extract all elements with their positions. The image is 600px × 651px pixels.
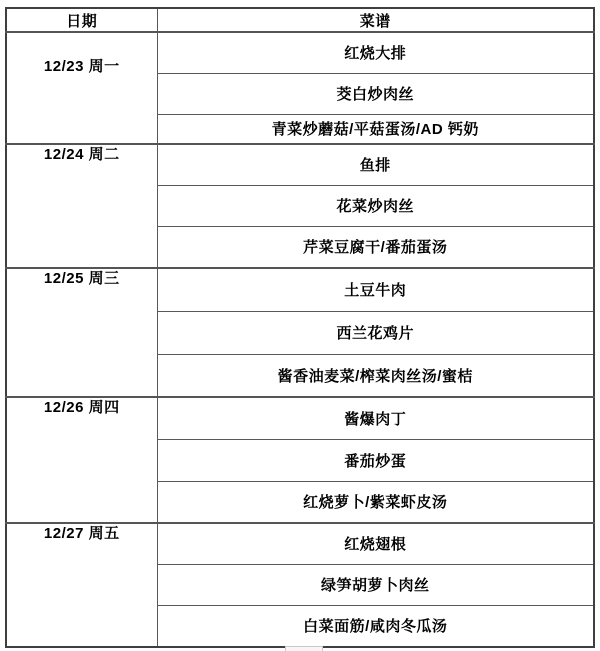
date-cell-wednesday: 12/25 周三 — [6, 268, 157, 397]
dish-cell: 绿笋胡萝卜肉丝 — [157, 564, 594, 605]
header-row: 日期 菜谱 — [6, 8, 594, 32]
dish-cell: 茭白炒肉丝 — [157, 73, 594, 114]
dish-cell: 鱼排 — [157, 144, 594, 185]
dish-cell: 白菜面筋/咸肉冬瓜汤 — [157, 605, 594, 647]
dish-cell: 红烧大排 — [157, 32, 594, 73]
table-row: 12/25 周三 土豆牛肉 — [6, 268, 594, 311]
date-cell-tuesday: 12/24 周二 — [6, 144, 157, 268]
table-row: 12/27 周五 红烧翅根 — [6, 523, 594, 564]
dish-cell: 西兰花鸡片 — [157, 311, 594, 354]
table-row: 12/23 周一 红烧大排 — [6, 32, 594, 73]
table-row: 12/24 周二 鱼排 — [6, 144, 594, 185]
date-cell-monday: 12/23 周一 — [6, 32, 157, 144]
dish-cell: 青菜炒蘑菇/平菇蛋汤/AD 钙奶 — [157, 114, 594, 144]
date-cell-thursday: 12/26 周四 — [6, 397, 157, 523]
date-column-header: 日期 — [6, 8, 157, 32]
dish-cell: 红烧翅根 — [157, 523, 594, 564]
dish-cell: 番茄炒蛋 — [157, 439, 594, 481]
dish-cell: 酱香油麦菜/榨菜肉丝汤/蜜桔 — [157, 354, 594, 397]
table-row: 12/26 周四 酱爆肉丁 — [6, 397, 594, 439]
dish-cell: 土豆牛肉 — [157, 268, 594, 311]
dish-cell: 红烧萝卜/紫菜虾皮汤 — [157, 481, 594, 523]
weekly-menu-table-container: 日期 菜谱 12/23 周一 红烧大排 茭白炒肉丝 青菜炒蘑菇/平菇蛋汤/AD … — [5, 7, 595, 648]
dish-cell: 花菜炒肉丝 — [157, 185, 594, 226]
weekly-menu-table: 日期 菜谱 12/23 周一 红烧大排 茭白炒肉丝 青菜炒蘑菇/平菇蛋汤/AD … — [5, 7, 595, 648]
menu-column-header: 菜谱 — [157, 8, 594, 32]
dish-cell: 酱爆肉丁 — [157, 397, 594, 439]
dish-cell: 芹菜豆腐干/番茄蛋汤 — [157, 226, 594, 268]
date-cell-friday: 12/27 周五 — [6, 523, 157, 647]
